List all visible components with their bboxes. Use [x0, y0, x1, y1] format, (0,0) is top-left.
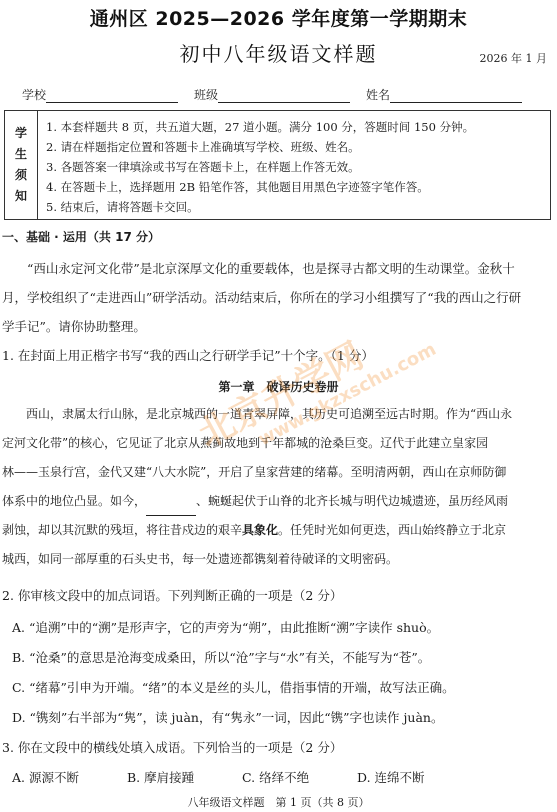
- question-3-option-c[interactable]: C. 络绎不绝: [242, 768, 309, 786]
- class-field[interactable]: 班级: [194, 86, 350, 103]
- passage-text: 体系中的地位凸显。如今，: [2, 494, 146, 508]
- exam-date: 2026 年 1 月: [480, 50, 547, 66]
- dotted-char: 幕: [326, 465, 338, 479]
- notice-item: 2. 请在样题指定位置和答题卡上准确填写学校、班级、姓名。: [46, 137, 474, 157]
- dotted-char: 溯: [362, 407, 374, 421]
- passage-text: 着待破译的文明密码。: [278, 552, 398, 566]
- passage: 西山，隶属太行山脉，是北京城西的一道青翠屏障，其历史可追溯至远古时期。作为“西山…: [2, 400, 550, 574]
- question-1: 1. 在封面上用正楷字书写“我的西山之行研学手记”十个字。（1 分）: [2, 346, 374, 364]
- notice-label-char: 学: [15, 123, 27, 144]
- school-label: 学校: [22, 88, 46, 102]
- passage-line: 剥蚀，却以其沉默的残垣，将往昔戍边的艰辛具象化。任凭时光如何更迭，西山始终静立于…: [2, 516, 550, 545]
- passage-text: 。任凭时光如何更迭，西山始终静立于北京: [278, 523, 506, 537]
- question-3-option-a[interactable]: A. 源源不断: [12, 768, 79, 786]
- chapter-title: 第一章 破译历史卷册: [0, 378, 557, 395]
- passage-text: 。至明清两朝，西山在京师防御: [338, 465, 506, 479]
- passage-text: 至远古时期。作为“西山永: [374, 407, 512, 421]
- passage-text: 城西，如同一部厚重的石头史书，每一处遗迹都: [2, 552, 254, 566]
- question-2-stem: 2. 你审核文段中的加点词语。下列判断正确的一项是（2 分）: [2, 586, 342, 604]
- section-heading: 一、基础 · 运用（共 17 分）: [2, 228, 160, 245]
- passage-text: 林——玉泉行宫，金代又建“八大水院”，开启了皇家营建的: [2, 465, 314, 479]
- notice-item: 1. 本套样题共 8 页，共五道大题，27 道小题。满分 100 分，答题时间 …: [46, 117, 474, 137]
- name-label: 姓名: [366, 88, 390, 102]
- dotted-char: 绪: [314, 465, 326, 479]
- passage-line: 林——玉泉行宫，金代又建“八大水院”，开启了皇家营建的绪幕。至明清两朝，西山在京…: [2, 458, 550, 487]
- name-field[interactable]: 姓名: [366, 86, 522, 103]
- class-blank[interactable]: [218, 90, 350, 103]
- notice-item: 5. 结束后，请将答题卡交回。: [46, 197, 474, 217]
- notice-item: 3. 各题答案一律填涂或书写在答题卡上，在样题上作答无效。: [46, 157, 474, 177]
- passage-text: 西山，隶属太行山脉，是北京城西的一道青翠屏障，其历史可: [26, 407, 350, 421]
- class-label: 班级: [194, 88, 218, 102]
- school-blank[interactable]: [46, 90, 178, 103]
- intro-line: 学手记”。请你协助整理。: [2, 312, 550, 341]
- name-blank[interactable]: [390, 90, 522, 103]
- question-3-option-b[interactable]: B. 摩肩接踵: [127, 768, 194, 786]
- dotted-char: 刻: [266, 552, 278, 566]
- school-field[interactable]: 学校: [22, 86, 178, 103]
- passage-text: 定河文化带”的核心，它见证了北京从燕蓟故地到千年都城的: [2, 436, 320, 450]
- intro-line: 月，学校组织了“走进西山”研学活动。活动结束后，你所在的学习小组撰写了“我的西山…: [2, 283, 550, 312]
- intro-line: “西山永定河文化带”是北京深厚文化的重要载体，也是探寻古都文明的生动课堂。金秋十: [2, 254, 550, 283]
- passage-line: 体系中的地位凸显。如今，、蜿蜒起伏于山脊的北齐长城与明代边城遗迹，虽历经风雨: [2, 487, 550, 516]
- question-2-option-a[interactable]: A. “追溯”中的“溯”是形声字，它的声旁为“朔”，由此推断“溯”字读作 shu…: [12, 618, 439, 636]
- intro-paragraph: “西山永定河文化带”是北京深厚文化的重要载体，也是探寻古都文明的生动课堂。金秋十…: [2, 254, 550, 341]
- fill-in-blank[interactable]: [146, 503, 196, 516]
- notice-label-char: 生: [15, 144, 27, 165]
- question-3-stem: 3. 你在文段中的横线处填入成语。下列恰当的一项是（2 分）: [2, 738, 342, 756]
- dotted-char: 沧: [320, 436, 332, 450]
- page-footer: 八年级语文样题 第 1 页（共 8 页）: [0, 794, 557, 810]
- question-2-option-d[interactable]: D. “镌刻”右半部为“隽”，读 juàn，有“隽永”一词，因此“镌”字也读作 …: [12, 708, 443, 726]
- notice-label: 学 生 须 知: [5, 111, 38, 219]
- notice-list: 1. 本套样题共 8 页，共五道大题，27 道小题。满分 100 分，答题时间 …: [38, 111, 474, 219]
- question-2-option-b[interactable]: B. “沧桑”的意思是沧海变成桑田，所以“沧”字与“水”有关，不能写为“苍”。: [12, 648, 430, 666]
- exam-title-line1: 通州区 2025—2026 学年度第一学期期末: [0, 4, 557, 31]
- passage-text: 剥蚀，却以其沉默的残垣，将往昔戍边的艰辛: [2, 523, 242, 537]
- student-notice-box: 学 生 须 知 1. 本套样题共 8 页，共五道大题，27 道小题。满分 100…: [4, 110, 551, 220]
- dotted-char: 镌: [254, 552, 266, 566]
- exam-title-line2: 初中八年级语文样题: [0, 38, 557, 67]
- passage-text: 巨变。辽代于此建立皇家园: [344, 436, 488, 450]
- notice-label-char: 知: [15, 186, 27, 207]
- question-3-option-d[interactable]: D. 连绵不断: [357, 768, 425, 786]
- notice-label-char: 须: [15, 165, 27, 186]
- passage-line: 定河文化带”的核心，它见证了北京从燕蓟故地到千年都城的沧桑巨变。辽代于此建立皇家…: [2, 429, 550, 458]
- passage-line: 城西，如同一部厚重的石头史书，每一处遗迹都镌刻着待破译的文明密码。: [2, 545, 550, 574]
- bold-term: 具象化: [242, 523, 278, 537]
- passage-line: 西山，隶属太行山脉，是北京城西的一道青翠屏障，其历史可追溯至远古时期。作为“西山…: [2, 400, 550, 429]
- question-2-option-c[interactable]: C. “绪幕”引申为开端。“绪”的本义是丝的头儿，借指事情的开端，故写法正确。: [12, 678, 455, 696]
- dotted-char: 桑: [332, 436, 344, 450]
- notice-item: 4. 在答题卡上，选择题用 2B 铅笔作答，其他题目用黑色字迹签字笔作答。: [46, 177, 474, 197]
- passage-text: 、蜿蜒起伏于山脊的北齐长城与明代边城遗迹，虽历经风雨: [196, 494, 508, 508]
